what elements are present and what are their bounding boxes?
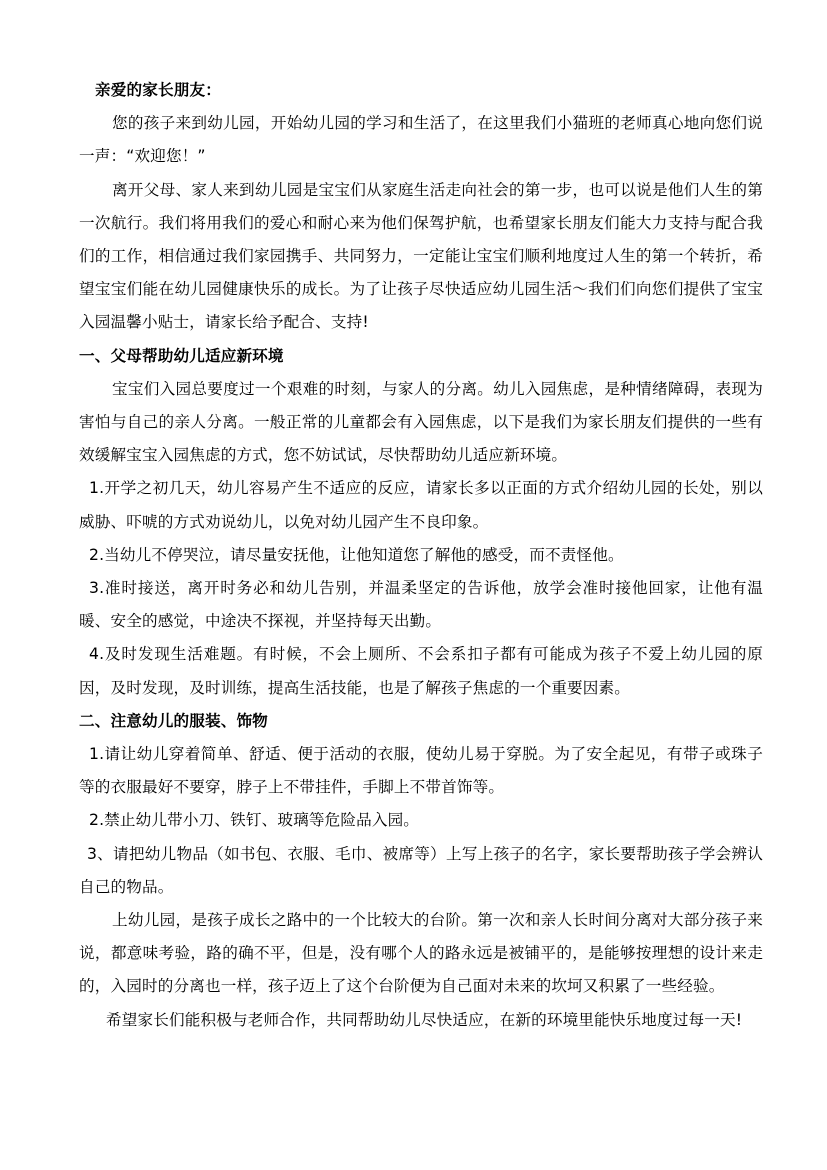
list-item: 2.禁止幼儿带小刀、铁钉、玻璃等危险品入园。 xyxy=(79,804,763,837)
list-item: 1.请让幼儿穿着简单、舒适、便于活动的衣服，使幼儿易于穿脱。为了安全起见，有带子… xyxy=(79,738,763,804)
list-item: 3.准时接送，离开时务必和幼儿告别，并温柔坚定的告诉他，放学会准时接他回家，让他… xyxy=(79,572,763,638)
document-page: 亲爱的家长朋友： 您的孩子来到幼儿园，开始幼儿园的学习和生活了，在这里我们小猫班… xyxy=(79,74,763,1037)
intro-paragraph-first-step: 离开父母、家人来到幼儿园是宝宝们从家庭生活走向社会的第一步，也可以说是他们人生的… xyxy=(79,174,763,340)
section-intro-separation-anxiety: 宝宝们入园总要度过一个艰难的时刻，与家人的分离。幼儿入园焦虑，是种情绪障碍，表现… xyxy=(79,373,763,473)
section-heading-adapt-environment: 一、父母帮助幼儿适应新环境 xyxy=(79,340,763,373)
section-heading-clothing: 二、注意幼儿的服装、饰物 xyxy=(79,705,763,738)
intro-paragraph-welcome: 您的孩子来到幼儿园，开始幼儿园的学习和生活了，在这里我们小猫班的老师真心地向您们… xyxy=(79,107,763,173)
list-item: 1.开学之初几天，幼儿容易产生不适应的反应，请家长多以正面的方式介绍幼儿园的长处… xyxy=(79,472,763,538)
list-item: 3、请把幼儿物品（如书包、衣服、毛巾、被席等）上写上孩子的名字，家长要帮助孩子学… xyxy=(79,838,763,904)
list-item: 4.及时发现生活难题。有时候，不会上厕所、不会系扣子都有可能成为孩子不爱上幼儿园… xyxy=(79,638,763,704)
salutation: 亲爱的家长朋友： xyxy=(79,74,763,107)
closing-paragraph-cooperation: 希望家长们能积极与老师合作，共同帮助幼儿尽快适应，在新的环境里能快乐地度过每一天… xyxy=(79,1004,763,1037)
closing-paragraph-milestone: 上幼儿园，是孩子成长之路中的一个比较大的台阶。第一次和亲人长时间分离对大部分孩子… xyxy=(79,904,763,1004)
list-item: 2.当幼儿不停哭泣，请尽量安抚他，让他知道您了解他的感受，而不责怪他。 xyxy=(79,539,763,572)
